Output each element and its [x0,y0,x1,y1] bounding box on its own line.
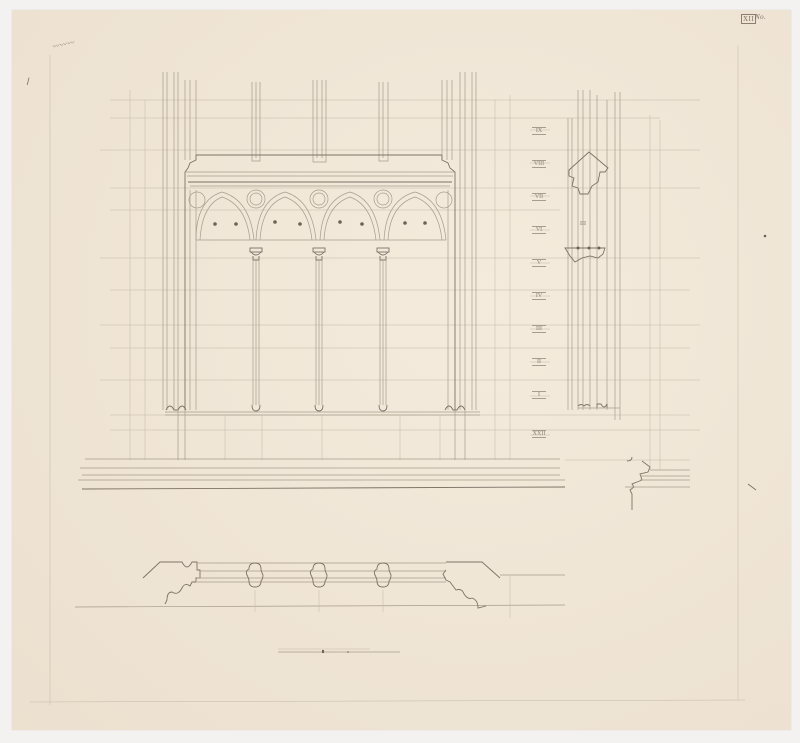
course-number: VIII [532,160,546,168]
stray-marks [748,235,766,490]
sheet-number-box: XII [741,14,756,24]
sheet-number-suffix: No. [755,13,766,21]
upper-shafts [252,80,388,162]
course-number-lines [530,130,550,435]
course-number: VI [532,226,546,234]
right-pilaster [442,72,476,460]
section-elevation: III [565,90,620,420]
lower-wall [225,415,440,460]
course-number: V [532,259,546,267]
plinth-moulding [78,459,565,489]
course-number: II [532,358,546,366]
course-number: IV [532,292,546,300]
course-number: VII [532,193,546,201]
course-number: III [532,325,546,333]
architectural-drawing: III [0,0,800,743]
course-number: I [532,391,546,399]
arcade-plan [75,562,565,618]
left-pilaster [163,72,196,460]
base-profile [565,457,690,510]
svg-text:III: III [580,221,586,227]
top-left-mark: ꟾ [26,78,29,87]
arcade-columns [165,248,480,415]
entablature [185,155,455,186]
arcade-arches [189,190,452,240]
scale-bar [278,649,400,653]
course-number: XXII [532,430,546,438]
course-number: IX [532,127,546,135]
